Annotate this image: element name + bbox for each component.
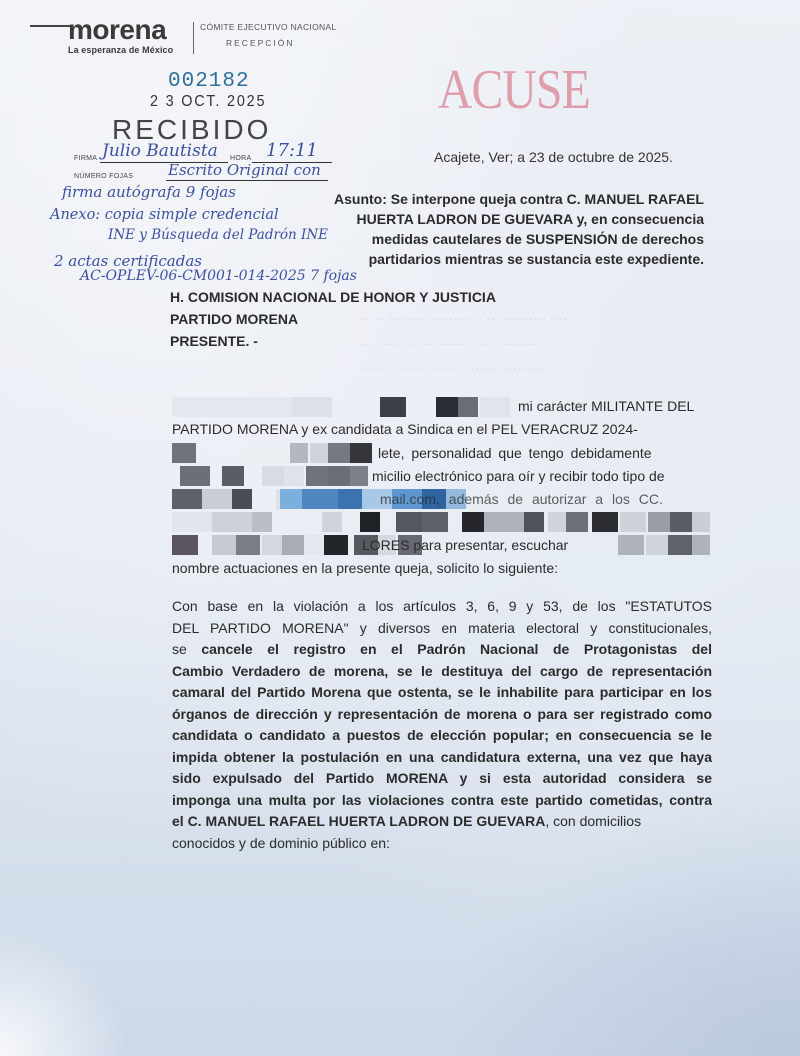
folio-number: 002182 bbox=[168, 70, 250, 93]
redaction-pixel bbox=[212, 512, 252, 532]
logo-tagline: La esperanza de México bbox=[68, 45, 173, 55]
paragraph-line: camaral del Partido Morena que ostenta, … bbox=[172, 682, 712, 704]
redaction-pixel bbox=[620, 512, 646, 532]
redaction-pixel bbox=[250, 443, 290, 463]
firma-label: FIRMA bbox=[74, 155, 97, 162]
redaction-pixel bbox=[618, 535, 644, 555]
intro-fragment: mail.com, además de autorizar a los CC. bbox=[380, 491, 663, 507]
intro-fragment: nombre actuaciones en la presente queja,… bbox=[172, 560, 558, 576]
show-through-text: ··· ·· ········ ·········· ·· ··· ······… bbox=[360, 311, 567, 326]
text: DEL PARTIDO MORENA" y diversos en materi… bbox=[172, 620, 712, 636]
redaction-pixel bbox=[284, 466, 304, 486]
intro-fragment: PARTIDO MORENA y ex candidata a Sindica … bbox=[172, 421, 638, 437]
redaction-pixel bbox=[222, 466, 244, 486]
addressee-line: H. COMISION NACIONAL DE HONOR Y JUSTICIA bbox=[170, 286, 496, 308]
handwritten-note: INE y Búsqueda del Padrón INE bbox=[108, 227, 328, 243]
redaction-pixel bbox=[172, 443, 196, 463]
intro-fragment: lete, personalidad que tengo debidamente bbox=[378, 445, 652, 461]
text: conocidos y de dominio público en: bbox=[172, 835, 390, 851]
redaction-pixel bbox=[324, 535, 348, 555]
fojas-value: Escrito Original con bbox=[168, 161, 321, 179]
redaction-pixel bbox=[236, 535, 260, 555]
paragraph-line: imponga una multa por las violaciones co… bbox=[172, 790, 712, 812]
hora-value: 17:11 bbox=[266, 140, 318, 161]
bold-text: Cambio Verdadero de morena, se le destit… bbox=[172, 663, 712, 679]
subject-line: Asunto: Se interpone queja contra C. MAN… bbox=[334, 189, 704, 209]
text: , con domicilios bbox=[545, 813, 641, 829]
stamp-date: 2 3 OCT. 2025 bbox=[150, 93, 266, 111]
paragraph-line: sido expulsado del Partido MORENA y si e… bbox=[172, 768, 712, 790]
intro-fragment: mi carácter MILITANTE DEL bbox=[518, 398, 694, 414]
redaction-pixel bbox=[338, 489, 362, 509]
redaction-pixel bbox=[328, 466, 350, 486]
redaction-pixel bbox=[646, 535, 668, 555]
page-glare bbox=[0, 916, 140, 1056]
redaction-pixel bbox=[328, 443, 350, 463]
redaction-pixel bbox=[480, 397, 510, 417]
redaction-pixel bbox=[282, 535, 304, 555]
redaction-pixel bbox=[462, 512, 484, 532]
text: Con base en la violación a los artículos… bbox=[172, 598, 712, 614]
paragraph-line: DEL PARTIDO MORENA" y diversos en materi… bbox=[172, 618, 712, 640]
redaction-pixel bbox=[592, 512, 618, 532]
redaction-pixel bbox=[380, 397, 406, 417]
redaction-pixel bbox=[172, 535, 198, 555]
paragraph-line: Con base en la violación a los artículos… bbox=[172, 596, 712, 618]
redaction-pixel bbox=[692, 512, 710, 532]
place-date: Acajete, Ver; a 23 de octubre de 2025. bbox=[434, 149, 673, 165]
redaction-pixel bbox=[180, 466, 210, 486]
redaction-pixel bbox=[172, 512, 212, 532]
paragraph-line: Cambio Verdadero de morena, se le destit… bbox=[172, 661, 712, 683]
redaction-pixel bbox=[484, 512, 524, 532]
paragraph-line: impida obtener la postulación en una can… bbox=[172, 747, 712, 769]
paragraph-line: el C. MANUEL RAFAEL HUERTA LADRON DE GUE… bbox=[172, 811, 712, 833]
department-name: RECEPCIÓN bbox=[226, 38, 336, 48]
redaction-pixel bbox=[670, 512, 692, 532]
show-through-text: ·· · ········ ··· ············ ·· ······… bbox=[360, 336, 550, 351]
intro-fragment: micilio electrónico para oír y recibir t… bbox=[372, 468, 665, 484]
bold-text: órganos de dirección y representación de… bbox=[172, 706, 712, 722]
redaction-pixel bbox=[396, 512, 422, 532]
intro-fragment: LORES para presentar, escuchar bbox=[362, 537, 568, 553]
redaction-pixel bbox=[252, 512, 272, 532]
redaction-pixel bbox=[436, 397, 458, 417]
redaction-pixel bbox=[292, 397, 332, 417]
redaction-pixel bbox=[280, 489, 302, 509]
bold-text: impida obtener la postulación en una can… bbox=[172, 749, 712, 765]
paragraph-line: conocidos y de dominio público en: bbox=[172, 833, 712, 855]
show-through-text: ······· ······· ········ ········ ······… bbox=[360, 361, 543, 376]
bold-text: sido expulsado del Partido MORENA y si e… bbox=[172, 770, 712, 786]
handwritten-note: AC-OPLEV-06-CM001-014-2025 7 fojas bbox=[80, 268, 357, 284]
acuse-stamp: ACUSE bbox=[438, 58, 590, 122]
subject-line: partidarios mientras se sustancia este e… bbox=[334, 249, 704, 269]
redaction-pixel bbox=[306, 466, 328, 486]
redaction-pixel bbox=[548, 512, 566, 532]
redaction-pixel bbox=[304, 535, 324, 555]
redaction-pixel bbox=[458, 397, 478, 417]
subject-block: Asunto: Se interpone queja contra C. MAN… bbox=[334, 189, 704, 269]
fojas-underline bbox=[166, 180, 328, 181]
redaction-pixel bbox=[302, 489, 338, 509]
handwritten-note: Anexo: copia simple credencial bbox=[50, 207, 279, 223]
logo-rule bbox=[30, 25, 70, 27]
paragraph-line: órganos de dirección y representación de… bbox=[172, 704, 712, 726]
redaction-pixel bbox=[232, 489, 252, 509]
redaction-pixel bbox=[202, 489, 232, 509]
paragraph-line: se cancele el registro en el Padrón Naci… bbox=[172, 639, 712, 661]
bold-text: imponga una multa por las violaciones co… bbox=[172, 792, 712, 808]
redaction-pixel bbox=[290, 443, 308, 463]
bold-text: candidata o candidato a puestos de elecc… bbox=[172, 727, 712, 743]
fojas-label: NÚMERO FOJAS bbox=[74, 173, 133, 180]
redaction-pixel bbox=[692, 535, 710, 555]
committee-name: CÓMITE EJECUTIVO NACIONAL bbox=[200, 22, 336, 32]
bold-text: el C. MANUEL RAFAEL HUERTA LADRON DE GUE… bbox=[172, 813, 545, 829]
firma-value: Julio Bautista bbox=[102, 141, 218, 161]
document-page: morena La esperanza de México CÓMITE EJE… bbox=[0, 0, 800, 1056]
redaction-pixel bbox=[212, 535, 236, 555]
handwritten-note: firma autógrafa 9 fojas bbox=[62, 183, 236, 201]
redaction-pixel bbox=[310, 443, 328, 463]
text: se bbox=[172, 641, 201, 657]
logo-brand: morena bbox=[68, 16, 173, 44]
subject-line: HUERTA LADRON DE GUEVARA y, en consecuen… bbox=[334, 209, 704, 229]
logo-divider bbox=[193, 22, 194, 54]
redaction-pixel bbox=[648, 512, 670, 532]
redaction-pixel bbox=[322, 512, 342, 532]
committee-label: CÓMITE EJECUTIVO NACIONAL RECEPCIÓN bbox=[200, 22, 336, 48]
redaction-pixel bbox=[668, 535, 692, 555]
redaction-pixel bbox=[172, 489, 202, 509]
paragraph-line: candidata o candidato a puestos de elecc… bbox=[172, 725, 712, 747]
redaction-pixel bbox=[566, 512, 588, 532]
redaction-pixel bbox=[262, 466, 284, 486]
petition-paragraph: Con base en la violación a los artículos… bbox=[172, 596, 712, 854]
bold-text: cancele el registro en el Padrón Naciona… bbox=[201, 641, 712, 657]
redaction-pixel bbox=[350, 466, 368, 486]
subject-line: medidas cautelares de SUSPENSIÓN de dere… bbox=[334, 229, 704, 249]
redaction-pixel bbox=[422, 512, 448, 532]
redaction-pixel bbox=[524, 512, 544, 532]
redaction-pixel bbox=[350, 443, 372, 463]
redaction-pixel bbox=[172, 397, 292, 417]
morena-logo: morena La esperanza de México bbox=[68, 16, 173, 55]
bold-text: camaral del Partido Morena que ostenta, … bbox=[172, 684, 712, 700]
redaction-pixel bbox=[360, 512, 380, 532]
